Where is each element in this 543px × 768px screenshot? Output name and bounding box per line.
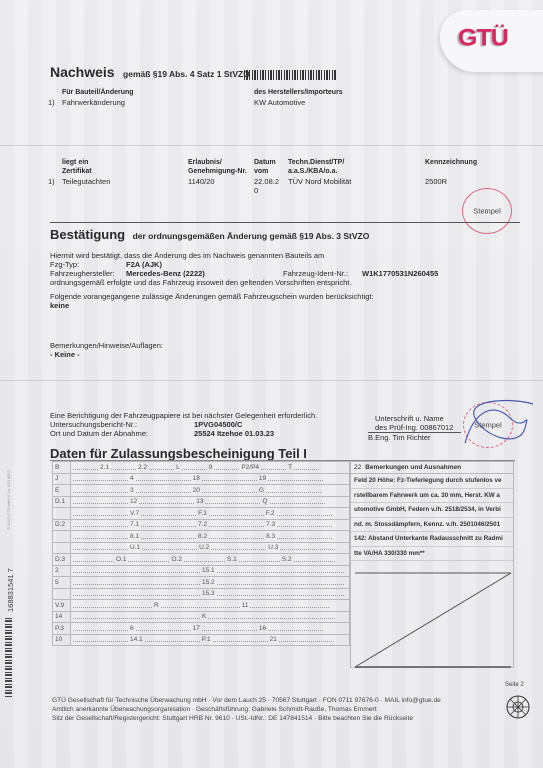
empty-entry-line (73, 499, 128, 504)
empty-entry-line (136, 488, 191, 493)
grid-field-code: 15.2 (200, 579, 217, 586)
grid-field-code: 20 (191, 487, 202, 494)
remarks-line: tte VA/HA 330/330 mm** (351, 547, 513, 562)
empty-entry-line (73, 545, 128, 550)
empty-entry-line (73, 511, 128, 516)
techn-dienst-header-1: Techn.Dienst/TP/ (288, 159, 344, 166)
grid-field-code: F.2 (264, 510, 277, 517)
fzg-typ-label: Fzg-Typ: (50, 260, 79, 269)
grid-field-code: 8.3 (264, 533, 277, 540)
empty-entry-line (202, 488, 257, 493)
grid-field-code: 2 (53, 565, 71, 577)
empty-entry-line (268, 476, 323, 481)
grid-field-code: 7.1 (128, 521, 141, 528)
grid-field-code: 11 (240, 602, 251, 609)
empty-entry-line (73, 626, 128, 631)
grid-field-code: O.2 (169, 556, 183, 563)
remarks-line: nd. m. Stossdämpfern, Kennz. v./h. 25010… (351, 518, 513, 533)
grid-field-code: U.3 (266, 544, 280, 551)
remarks-line: 142: Abstand Unterkante Radausschnitt zu… (351, 532, 513, 547)
hersteller-value: Mercedes-Benz (2222) (126, 269, 205, 278)
bestaetigung-subtitle: der ordnungsgemäßen Änderung gemäß §19 A… (133, 231, 370, 241)
empty-entry-line (294, 465, 319, 470)
grid-field-code: 14 (53, 611, 71, 623)
footer-line1: GTÜ Gesellschaft für Technische Überwach… (52, 697, 441, 704)
empty-entry-line (208, 614, 335, 619)
grid-row: 515.2 (53, 577, 350, 589)
grid-field-code: 13 (194, 498, 205, 505)
empty-entry-line (73, 637, 128, 642)
datum-header-2: vom (254, 168, 268, 175)
grid-field-code: B (53, 462, 71, 474)
empty-entry-line (141, 511, 196, 516)
stamp-label: Stempel (473, 207, 501, 216)
grid-field-code: 2.1 (98, 464, 111, 471)
grid-field-code: 7.2 (196, 521, 209, 528)
bauteil-value: Fahrwerkänderung (62, 98, 125, 107)
paper-fold (0, 145, 543, 146)
grid-row: E320G (53, 485, 350, 497)
grid-row: D.27.17.27.3 (53, 519, 350, 531)
grid-field-code: Q (260, 498, 269, 505)
empty-entry-line (73, 591, 200, 596)
empty-entry-line (73, 476, 128, 481)
zulassung-grid: B2.12.2L9P2/P4TJ41819E320GD.11213QV.7F.1… (52, 461, 350, 646)
hersteller-label: Fahrzeughersteller: (50, 269, 115, 278)
grid-field-values[interactable]: U.1U.2U.3 (71, 542, 350, 554)
empty-entry-line (261, 465, 286, 470)
grid-field-code: U.2 (197, 544, 211, 551)
grid-field-code: D.1 (53, 496, 71, 508)
grid-field-code: S.1 (225, 556, 239, 563)
empty-entry-line (211, 545, 266, 550)
grid-field-code: 15.1 (200, 567, 217, 574)
empty-entry-line (277, 522, 332, 527)
grid-row: D.11213Q (53, 496, 350, 508)
bestaetigung-line2: ordnungsgemäß erfolgte und das Fahrzeug … (50, 278, 351, 287)
grid-field-code: D.3 (53, 554, 71, 566)
paper-fold (0, 380, 543, 381)
grid-field-code: 5 (53, 577, 71, 589)
nachweis-heading: Nachweis gemäß §19 Abs. 4 Satz 1 StVZO (50, 64, 250, 82)
remarks-line: utomotive GmbH, Federn v./h. 2518/2534, … (351, 503, 513, 518)
kennzeichnung-value: 2500R (425, 177, 447, 186)
grid-field-code: V.9 (53, 600, 71, 612)
empty-entry-line (141, 534, 196, 539)
remarks-header: 22Bemerkungen und Ausnahmen (351, 462, 513, 474)
empty-entry-line (217, 591, 344, 596)
grid-row: U.1U.2U.3 (53, 542, 350, 554)
empty-entry-line (136, 476, 191, 481)
grid-field-values[interactable]: 15.3 (71, 588, 350, 600)
grid-field-code (53, 542, 71, 554)
grid-field-values[interactable]: 7.17.27.3 (71, 519, 350, 531)
empty-entry-line (73, 557, 114, 562)
grid-field-values[interactable]: 15.2 (71, 577, 350, 589)
grid-field-code: 21 (268, 636, 279, 643)
empty-entry-line (209, 511, 264, 516)
footer-line2: Amtlich anerkannte Überwachungsorganisat… (52, 706, 377, 713)
grid-field-code: S.2 (280, 556, 294, 563)
grid-field-code: V.7 (128, 510, 141, 517)
zulassung-title: Daten für Zulassungsbescheinigung Teil I (50, 446, 307, 461)
grid-row: 15.3 (53, 588, 350, 600)
remarks-box: 22Bemerkungen und Ausnahmen Feld 20 Höhe… (350, 461, 514, 668)
grid-field-code (53, 531, 71, 543)
grid-field-values[interactable]: O.1O.2S.1S.2 (71, 554, 350, 566)
grid-field-code: 17 (191, 625, 202, 632)
bestaetigung-heading: Bestätigung der ordnungsgemäßen Änderung… (50, 226, 369, 244)
grid-row: D.3O.1O.2S.1S.2 (53, 554, 350, 566)
grid-field-code: R (152, 602, 161, 609)
grid-row: 215.1 (53, 565, 350, 577)
grid-field-code: D.2 (53, 519, 71, 531)
berichtigung-text: Eine Berichtigung der Fahrzeugpapiere is… (50, 411, 317, 420)
grid-field-code: U.1 (128, 544, 142, 551)
empty-entry-line (250, 603, 329, 608)
bestaetigung-line1: Hiermit wird bestätigt, dass die Änderun… (50, 251, 324, 260)
certification-seal-icon (505, 694, 531, 720)
side-serial: 168831541 7 (6, 568, 15, 612)
grid-field-values[interactable]: V.7F.1F.2 (71, 508, 350, 520)
barcode (244, 70, 336, 80)
grid-field-code: 16 (257, 625, 268, 632)
grid-field-code: 19 (257, 475, 268, 482)
zertifikat-value: Teilegutachten (62, 177, 110, 186)
empty-entry-line (213, 637, 268, 642)
grid-field-code: 8.2 (196, 533, 209, 540)
empty-entry-line (161, 603, 240, 608)
grid-field-code: L (174, 464, 182, 471)
fzg-typ-value: F2A (AJK) (126, 260, 162, 269)
empty-entry-line (214, 465, 239, 470)
grid-field-code: P2/P4 (239, 464, 261, 471)
zertifikat-header-1: liegt ein (62, 159, 88, 166)
empty-entry-line (279, 637, 334, 642)
empty-entry-line (209, 534, 264, 539)
grid-field-code: O.1 (114, 556, 128, 563)
grid-field-code: 18 (191, 475, 202, 482)
zertifikat-row-number: 1) (48, 177, 55, 186)
grid-field-code (53, 588, 71, 600)
genehmigung-value: 1140/20 (188, 177, 215, 186)
grid-field-code: 6 (128, 625, 136, 632)
empty-entry-line (142, 545, 197, 550)
remarks-code: 22 (354, 464, 361, 471)
grid-field-code: 12 (128, 498, 139, 505)
signature-scribble (455, 398, 535, 448)
empty-entry-line (136, 626, 191, 631)
grid-field-values[interactable]: 61716 (71, 623, 350, 635)
nachweis-subtitle: gemäß §19 Abs. 4 Satz 1 StVZO (123, 69, 250, 79)
certificate-stamp: Stempel (462, 188, 512, 234)
grid-field-code: 15.3 (200, 590, 217, 597)
grid-field-code: 8.1 (128, 533, 141, 540)
empty-entry-line (209, 522, 264, 527)
empty-entry-line (217, 580, 344, 585)
gtue-logo: GTÜ (458, 25, 508, 53)
grid-field-code: K (200, 613, 208, 620)
empty-entry-line (277, 511, 332, 516)
empty-entry-line (239, 557, 280, 562)
page-number: Seite 2 (505, 682, 524, 688)
bemerkungen-value: - Keine - (50, 350, 80, 359)
ident-label: Fahrzeug-Ident-Nr.: (283, 269, 348, 278)
grid-field-code: 4 (128, 475, 136, 482)
empty-entry-line (139, 499, 194, 504)
datum-value-2: 0 (254, 186, 258, 195)
grid-field-values[interactable]: R11 (71, 600, 350, 612)
kennzeichnung-header: Kennzeichnung (425, 159, 477, 166)
hersteller-value: KW Automotive (254, 98, 305, 107)
footer-line3: Sitz der Gesellschaft/Registergericht: S… (52, 715, 413, 722)
grid-row: 1014.1P.121 (53, 634, 350, 646)
genehmigung-header-2: Genehmigung-Nr. (188, 168, 247, 175)
empty-entry-line (182, 465, 207, 470)
document-page: GTÜ Nachweis gemäß §19 Abs. 4 Satz 1 StV… (0, 0, 543, 768)
grid-field-code: 14.1 (128, 636, 145, 643)
signature-label-1: Unterschrift u. Name (375, 414, 444, 423)
grid-field-code: 9 (207, 464, 215, 471)
grid-field-values[interactable]: K (71, 611, 350, 623)
empty-entry-line (73, 534, 128, 539)
empty-entry-line (268, 626, 323, 631)
empty-entry-line (73, 522, 128, 527)
bemerkungen-label: Bemerkungen/Hinweise/Auflagen: (50, 341, 163, 350)
grid-field-code: J (53, 473, 71, 485)
grid-field-values[interactable]: 2.12.2L9P2/P4T (71, 462, 350, 474)
empty-entry-line (111, 465, 136, 470)
empty-entry-line (73, 580, 200, 585)
grid-row: J41819 (53, 473, 350, 485)
empty-entry-line (145, 637, 200, 642)
grid-field-code (53, 508, 71, 520)
signature-name: B.Eng. Tim Richter (368, 432, 461, 442)
nachweis-title: Nachweis (50, 64, 115, 80)
remarks-line: rstellbarem Fahrwerk um ca. 30 mm, Herst… (351, 489, 513, 504)
grid-field-values[interactable]: 8.18.28.3 (71, 531, 350, 543)
grid-field-code: F.1 (196, 510, 209, 517)
empty-entry-line (128, 557, 169, 562)
empty-entry-line (73, 614, 200, 619)
grid-field-values[interactable]: 320G (71, 485, 350, 497)
side-barcode (5, 618, 12, 698)
techn-dienst-value: TÜV Nord Mobilität (288, 177, 351, 186)
hersteller-header: des Herstellers/Importeurs (254, 89, 343, 96)
bericht-label: Untersuchungsbericht-Nr.: (50, 420, 137, 429)
grid-field-code: 3 (128, 487, 136, 494)
datum-value-1: 22.08.2 (254, 177, 279, 186)
grid-row: V.9R11 (53, 600, 350, 612)
grid-row: B2.12.2L9P2/P4T (53, 462, 350, 474)
remarks-line: Feld 20 Höhe: Fz-Tieferlegung durch stuf… (351, 474, 513, 489)
side-tiny-text: © 2022 GTÜ mbH F-Nr. 020 8022 (6, 470, 11, 530)
datum-header-1: Datum (254, 159, 276, 166)
empty-entry-line (149, 465, 174, 470)
empty-entry-line (184, 557, 225, 562)
bauteil-header: Für Bauteil/Änderung (62, 89, 134, 96)
grid-row: V.7F.1F.2 (53, 508, 350, 520)
empty-entry-line (280, 545, 335, 550)
grid-field-values[interactable]: 41819 (71, 473, 350, 485)
bericht-value: 1PVG04500/C (194, 420, 242, 429)
grid-row: P.361716 (53, 623, 350, 635)
empty-entry-line (294, 557, 335, 562)
grid-field-code: G (257, 487, 266, 494)
empty-entry-line (73, 568, 200, 573)
ort-label: Ort und Datum der Abnahme: (50, 429, 148, 438)
strike-diagonal (351, 571, 515, 669)
section-divider (50, 222, 520, 223)
bestaetigung-line3: Folgende vorangegangene zulässige Änderu… (50, 292, 374, 301)
empty-entry-line (73, 488, 128, 493)
grid-field-values[interactable]: 14.1P.121 (71, 634, 350, 646)
signature-label-2: des Prüf-Ing. 00867012 (375, 423, 453, 432)
empty-entry-line (73, 465, 98, 470)
techn-dienst-header-2: a.a.S./KBA/o.a. (288, 168, 337, 175)
ort-value: 25524 Itzehoe 01.03.23 (194, 429, 274, 438)
zertifikat-header-2: Zertifikat (62, 168, 92, 175)
ident-value: W1K1770531N260455 (362, 269, 438, 278)
remarks-header-text: Bemerkungen und Ausnahmen (365, 464, 461, 471)
grid-field-values[interactable]: 1213Q (71, 496, 350, 508)
empty-entry-line (141, 522, 196, 527)
empty-entry-line (270, 499, 325, 504)
empty-entry-line (202, 626, 257, 631)
grid-field-code: 10 (53, 634, 71, 646)
bestaetigung-title: Bestätigung (50, 227, 125, 242)
grid-field-values[interactable]: 15.1 (71, 565, 350, 577)
grid-field-code: P.3 (53, 623, 71, 635)
empty-entry-line (73, 603, 152, 608)
grid-field-code: E (53, 485, 71, 497)
empty-entry-line (205, 499, 260, 504)
bestaetigung-line3-value: keine (50, 301, 69, 310)
empty-entry-line (217, 568, 344, 573)
grid-row: 8.18.28.3 (53, 531, 350, 543)
grid-field-code: P.1 (200, 636, 213, 643)
grid-row: 14K (53, 611, 350, 623)
empty-entry-line (202, 476, 257, 481)
empty-entry-line (266, 488, 321, 493)
genehmigung-header-1: Erlaubnis/ (188, 159, 222, 166)
empty-entry-line (277, 534, 332, 539)
grid-field-code: T (286, 464, 294, 471)
grid-field-code: 2.2 (136, 464, 149, 471)
bauteil-item-number: 1) (48, 98, 55, 107)
grid-field-code: 7.3 (264, 521, 277, 528)
